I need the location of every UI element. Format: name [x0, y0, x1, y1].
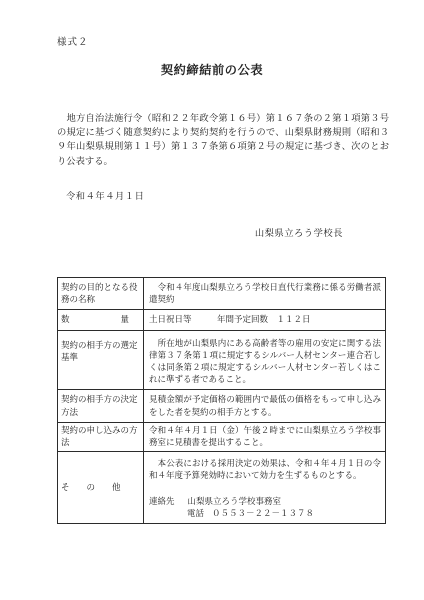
document-page: 様式２ 契約締結前の公表 地方自治法施行令（昭和２２年政令第１６号）第１６７条の…: [0, 0, 424, 600]
phone-label: 電話: [187, 509, 204, 519]
row-label: 数 量: [58, 310, 144, 329]
contact-name: 山梨県立ろう学校事務室: [188, 497, 282, 507]
contact-label: 連絡先: [149, 497, 175, 507]
table-row-quantity: 数 量 土日祝日等 年間予定回数 １１２日: [58, 310, 385, 330]
intro-paragraph: 地方自治法施行令（昭和２２年政令第１６号）第１６７条の２第１項第３号の規定に基づ…: [57, 112, 389, 169]
table-row-decision-method: 契約の相手方の決定方法 見積金額が予定価格の範囲内で最低の価格をもって申し込みを…: [58, 390, 385, 422]
publication-table: 契約の目的となる役務の名称 令和４年度山梨県立ろう学校日直代行業務に係る労働者派…: [57, 277, 386, 524]
form-number-label: 様式２: [57, 34, 89, 48]
contact-line: 連絡先山梨県立ろう学校事務室: [149, 496, 381, 508]
table-row-other: そ の 他 本公表における採用決定の効果は、令和４年４月１日の令和４年度予算発効…: [58, 452, 385, 523]
row-value: 土日祝日等 年間予定回数 １１２日: [144, 310, 385, 329]
phone-number: ０５５３－２２－１３７８: [212, 509, 314, 519]
row-label: そ の 他: [58, 452, 144, 523]
row-label: 契約の目的となる役務の名称: [58, 278, 144, 309]
issuer-name: 山梨県立ろう学校長: [255, 225, 343, 239]
table-row-service-name: 契約の目的となる役務の名称 令和４年度山梨県立ろう学校日直代行業務に係る労働者派…: [58, 278, 385, 310]
row-label: 契約の相手方の選定基準: [58, 331, 144, 390]
row-value: 所在地が山梨県内にある高齢者等の雇用の安定に関する法律第３７条第１項に規定するシ…: [144, 331, 385, 390]
table-row-application-method: 契約の申し込みの方法 令和４年４月１日（金）午後２時までに山梨県立ろう学校事務室…: [58, 423, 385, 452]
row-value: 見積金額が予定価格の範囲内で最低の価格をもって申し込みをした者を契約の相手方とす…: [144, 390, 385, 421]
row-label: 契約の申し込みの方法: [58, 423, 144, 451]
row-label: 契約の相手方の決定方法: [58, 390, 144, 421]
phone-line: 電話０５５３－２２－１３７８: [187, 508, 381, 520]
other-note: 本公表における採用決定の効果は、令和４年４月１日の令和４年度予算発効時において効…: [149, 458, 381, 482]
contact-block: 連絡先山梨県立ろう学校事務室 電話０５５３－２２－１３７８: [149, 496, 381, 520]
row-value: 本公表における採用決定の効果は、令和４年４月１日の令和４年度予算発効時において効…: [144, 452, 385, 523]
issue-date: 令和４年４月１日: [66, 188, 144, 202]
row-value: 令和４年４月１日（金）午後２時までに山梨県立ろう学校事務室に見積書を提出すること…: [144, 423, 385, 451]
table-row-selection-criteria: 契約の相手方の選定基準 所在地が山梨県内にある高齢者等の雇用の安定に関する法律第…: [58, 331, 385, 391]
row-value: 令和４年度山梨県立ろう学校日直代行業務に係る労働者派遣契約: [144, 278, 385, 309]
page-title: 契約締結前の公表: [0, 61, 424, 78]
